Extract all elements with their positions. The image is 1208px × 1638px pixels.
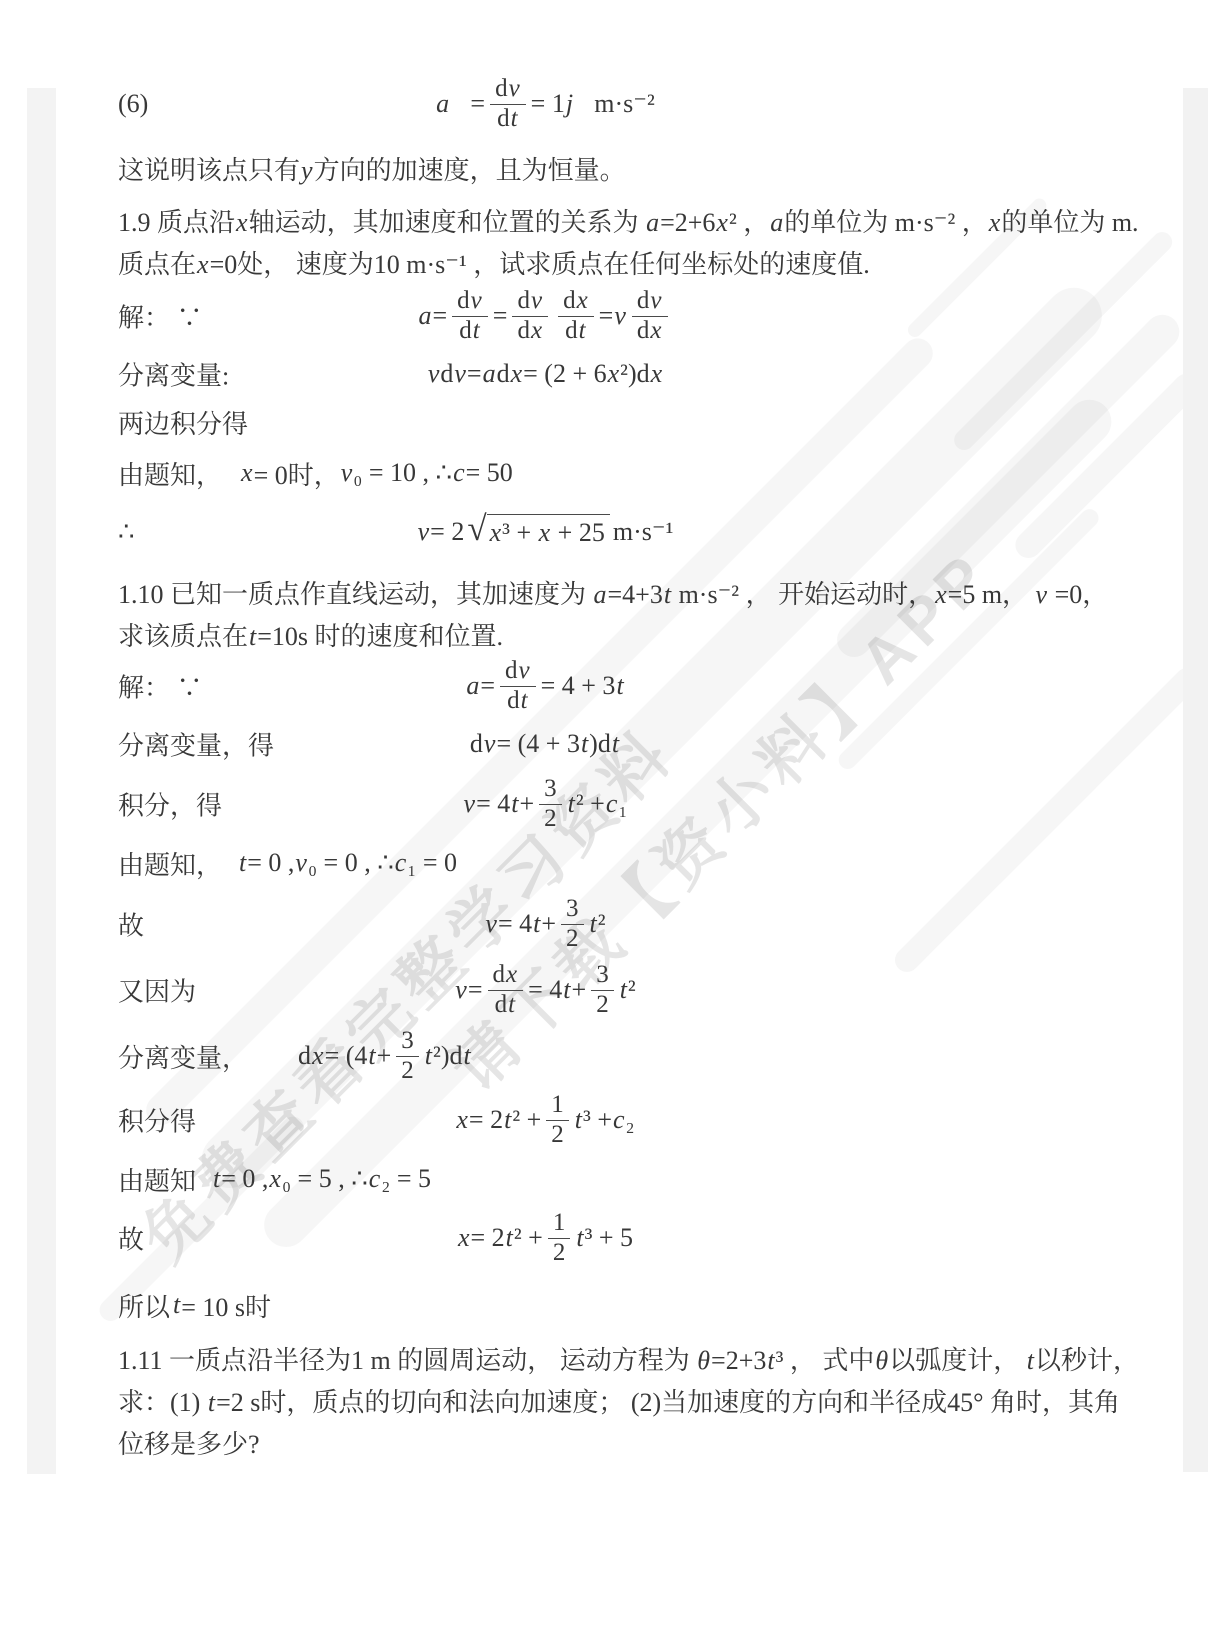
math-variable: a: [769, 208, 784, 237]
text-run: d: [440, 359, 453, 389]
page-edge-shadow-right: [1183, 88, 1208, 1472]
text-run: 轴运动，其加速度和位置的关系为: [249, 208, 646, 237]
document-content: (6)a⃗ = dvdt = 1j⃗ m·s⁻²这说明该点只有y方向的加速度，且…: [118, 72, 1153, 1464]
text-run: 分离变量，得: [118, 732, 274, 761]
text-run: 求：(1): [118, 1388, 207, 1417]
math-variable: v: [453, 359, 467, 389]
text-run: 又因为: [118, 978, 196, 1007]
denominator: dx: [517, 317, 543, 344]
text-line: 1.11 一质点沿半径为1 m 的圆周运动， 运动方程为 θ=2+3t³ ， 式…: [118, 1342, 1153, 1380]
text-run: )d: [589, 729, 611, 759]
math-variable: c: [452, 458, 466, 488]
text-run: 1: [551, 1091, 564, 1118]
text-run: 所以: [118, 1293, 170, 1322]
equation: v = 4t + 32t² + c₁: [118, 772, 972, 836]
text-run: =: [480, 671, 495, 701]
text-run: 分离变量:: [118, 362, 229, 391]
math-variable: v: [530, 287, 543, 314]
numerator: 3: [539, 776, 562, 804]
formula-row: 又因为v = dxdt = 4t + 32t²: [118, 958, 1153, 1022]
text-run: =: [433, 301, 448, 331]
text-run: d: [298, 1041, 311, 1071]
math-variable: v: [470, 287, 483, 314]
numerator: dv: [632, 288, 668, 316]
text-run: 以弧度计，: [889, 1346, 1026, 1375]
text-run: = 10 s时: [181, 1287, 271, 1324]
equation: v = dxdt = 4t + 32t²: [118, 958, 972, 1022]
equation: t = 0 , v₀ = 0 , ∴ c₁ = 0: [238, 848, 457, 878]
math-variable: t: [505, 1223, 514, 1253]
formula-row: 解： ∵a = dvdt = dvdxdxdt = vdvdx: [118, 284, 1153, 348]
row-label: 分离变量:: [118, 356, 229, 393]
text-run: =2 s时，质点的切向和法向加速度； (2)当加速度的方向和半径成45° 角时，…: [216, 1388, 1120, 1417]
text-run: 求该质点在: [118, 622, 248, 651]
fraction: dvdx: [632, 288, 668, 344]
row-label: 解： ∵: [118, 298, 203, 335]
denominator: dt: [459, 317, 480, 344]
text-run: = 2: [470, 1223, 504, 1253]
row-label: 故: [118, 906, 144, 943]
text-run: d: [517, 287, 530, 314]
text-run: = (4 + 3: [496, 729, 579, 759]
formula-row: 分离变量:vdv = adx = (2 + 6x²)dx: [118, 354, 1153, 394]
numerator: 3: [591, 962, 614, 990]
math-variable: t: [615, 671, 624, 701]
row-label: 积分，得: [118, 786, 222, 823]
equation: t = 0 , x₀ = 5 , ∴ c₂ = 5: [212, 1164, 431, 1194]
text-run: 2: [544, 805, 557, 832]
numerator: 1: [548, 1210, 571, 1238]
formula-row: 积分，得v = 4t + 32t² + c₁: [118, 772, 1153, 836]
text-run: 分离变量，: [118, 1044, 248, 1073]
fraction: dvdx: [512, 288, 548, 344]
math-variable: a: [645, 208, 660, 237]
fraction: 12: [546, 1092, 569, 1148]
equation: v = 4t + 32t²: [118, 892, 972, 956]
text-run: = 4: [498, 909, 532, 939]
math-variable: t: [578, 317, 587, 344]
fraction: dvdt: [500, 658, 536, 714]
math-variable: t: [619, 975, 628, 1005]
text-run: =4+3: [608, 580, 663, 609]
math-variable: a: [465, 671, 480, 701]
row-label: 解： ∵: [118, 668, 203, 705]
text-run: ² +: [576, 789, 605, 819]
denominator: dx: [637, 317, 663, 344]
text-run: = 4: [528, 975, 562, 1005]
denominator: dt: [495, 991, 516, 1018]
text-run: ³ ， 式中: [776, 1346, 875, 1375]
text-run: = 0时，: [254, 455, 340, 492]
text-run: 由题知，: [118, 461, 222, 490]
math-variable: θ: [874, 1346, 889, 1375]
fraction: dxdt: [488, 962, 524, 1018]
text-run: =: [467, 359, 482, 389]
text-run: ²: [598, 909, 606, 939]
row-label: 由题知，: [118, 845, 222, 882]
text-run: ²: [628, 975, 636, 1005]
equation: x = 0时， v₀ = 10 , ∴ c = 50: [240, 455, 513, 492]
text-run: ³ +: [502, 518, 537, 547]
math-variable: v: [613, 301, 627, 331]
text-run: 2: [551, 1121, 564, 1148]
text-run: 1.9 质点沿: [118, 208, 235, 237]
text-line: 求该质点在t=10s 时的速度和位置.: [118, 618, 1153, 656]
content-rows: (6)a⃗ = dvdt = 1j⃗ m·s⁻²这说明该点只有y方向的加速度，且…: [118, 72, 1153, 1464]
math-variable: x: [505, 961, 518, 988]
inline-formula-row: 由题知，t = 0 , v₀ = 0 , ∴ c₁ = 0: [118, 844, 1153, 882]
math-variable: t: [611, 729, 620, 759]
math-variable: c: [612, 1105, 626, 1135]
text-line: 质点在x=0处， 速度为10 m·s⁻¹ ，试求质点在任何坐标处的速度值.: [118, 246, 1153, 284]
numerator: dx: [488, 962, 524, 990]
text-run: = 0 ,: [221, 1164, 268, 1194]
math-variable: v: [518, 657, 531, 684]
inline-formula-row: 由题知 t = 0 , x₀ = 5 , ∴ c₂ = 5: [118, 1160, 1153, 1198]
text-run: 故: [118, 912, 144, 941]
text-run: d: [517, 317, 530, 344]
math-variable: t: [212, 1164, 221, 1194]
text-run: 2: [566, 925, 579, 952]
math-variable: t: [766, 1346, 775, 1375]
text-run: 1: [553, 1209, 566, 1236]
math-variable: v: [427, 359, 441, 389]
fraction: dvdt: [452, 288, 488, 344]
radical-sign: √: [467, 511, 486, 546]
text-run: ²)d: [433, 1041, 462, 1071]
text-run: 解： ∵: [118, 304, 203, 333]
text-run: 由题知: [118, 1167, 196, 1196]
text-run: +: [572, 975, 587, 1005]
text-run: 3: [596, 961, 609, 988]
text-run: d: [459, 317, 472, 344]
math-variable: t: [580, 729, 589, 759]
text-run: 3: [566, 895, 579, 922]
math-variable: t: [507, 991, 516, 1018]
row-label: 故: [118, 1220, 144, 1257]
math-variable: t: [1026, 1346, 1035, 1375]
numerator: dv: [452, 288, 488, 316]
denominator: 2: [401, 1057, 414, 1084]
text-run: d: [505, 657, 518, 684]
math-variable: t: [238, 848, 247, 878]
math-variable: t: [532, 909, 541, 939]
fraction: 32: [591, 962, 614, 1018]
math-variable: v: [417, 517, 431, 547]
text-run: ³ + 5: [585, 1223, 633, 1253]
equation: a⃗ = dvdt = 1j⃗ m·s⁻²: [118, 72, 972, 136]
text-run: ³ +: [583, 1105, 612, 1135]
math-variable: x: [510, 359, 524, 389]
math-variable: t: [462, 1041, 471, 1071]
math-variable: v: [454, 975, 468, 1005]
row-label: 分离变量，得: [118, 726, 274, 763]
denominator: 2: [566, 925, 579, 952]
text-line: 求：(1) t=2 s时，质点的切向和法向加速度； (2)当加速度的方向和半径成…: [118, 1384, 1153, 1422]
math-variable: x: [650, 359, 664, 389]
text-run: = 4 + 3: [541, 671, 616, 701]
numerator: 3: [396, 1028, 419, 1056]
math-variable: t: [367, 1041, 376, 1071]
math-variable: x: [538, 518, 552, 547]
math-variable: x: [988, 208, 1002, 237]
math-variable: t: [424, 1041, 433, 1071]
text-line: 1.9 质点沿x轴运动，其加速度和位置的关系为 a=2+6x² ，a的单位为 m…: [118, 204, 1153, 242]
text-run: m·s⁻²: [594, 89, 655, 119]
row-label: 又因为: [118, 972, 196, 1009]
text-run: d: [563, 287, 576, 314]
text-run: 故: [118, 1226, 144, 1255]
numerator: dv: [512, 288, 548, 316]
math-variable: x: [240, 458, 254, 488]
formula-row: 解： ∵a = dvdt = 4 + 3t: [118, 656, 1153, 716]
radicand: x³ + x + 25: [487, 514, 610, 549]
text-run: +: [377, 1041, 392, 1071]
text-run: ₁: [618, 789, 627, 819]
row-label: 由题知，: [118, 455, 222, 492]
text-run: d: [457, 287, 470, 314]
denominator: dt: [497, 105, 518, 132]
text-run: 以秒计，: [1035, 1346, 1139, 1375]
formula-row: 故x = 2t² + 12t³ + 5: [118, 1206, 1153, 1270]
text-run: 2: [596, 991, 609, 1018]
text-run: m·s⁻¹: [613, 517, 674, 547]
math-variable: t: [567, 789, 576, 819]
math-variable: v: [463, 789, 477, 819]
equation: x = 2t² + 12t³ + c₂: [118, 1088, 972, 1152]
text-run: = (4: [325, 1041, 368, 1071]
math-variable: t: [172, 1290, 181, 1320]
text-run: = 2: [430, 517, 464, 547]
math-variable: θ: [696, 1346, 711, 1375]
text-run: 方向的加速度，且为恒量。: [314, 156, 626, 185]
row-label: 积分得: [118, 1102, 196, 1139]
text-run: + 25: [551, 518, 605, 547]
math-variable: x: [576, 287, 589, 314]
text-run: = 50: [466, 458, 513, 488]
math-variable: t: [589, 909, 598, 939]
text-line: 这说明该点只有y方向的加速度，且为恒量。: [118, 152, 1153, 190]
text-run: =0处， 速度为10 m·s⁻¹ ，试求质点在任何坐标处的速度值.: [210, 250, 870, 279]
inline-formula-row: 所以t = 10 s时: [118, 1286, 1153, 1324]
text-run: =0，: [1048, 580, 1108, 609]
math-variable: v: [294, 848, 308, 878]
text-run: =10s 时的速度和位置.: [257, 622, 503, 651]
math-variable: t: [575, 1223, 584, 1253]
math-variable: v: [508, 75, 521, 102]
text-run: =: [470, 89, 485, 119]
math-variable: t: [472, 317, 481, 344]
math-variable: a: [482, 359, 497, 389]
math-variable: x: [235, 208, 249, 237]
math-variable: x: [196, 250, 210, 279]
equation: a = dvdt = 4 + 3t: [118, 656, 972, 716]
math-variable: x: [649, 317, 662, 344]
row-label: 分离变量，: [118, 1038, 248, 1075]
text-run: 位移是多少?: [118, 1430, 260, 1459]
math-variable: c: [394, 848, 408, 878]
math-variable: v: [483, 729, 497, 759]
text-run: ₁ = 0: [407, 848, 457, 878]
text-run: 质点在: [118, 250, 196, 279]
text-line: 位移是多少?: [118, 1426, 1153, 1464]
math-variable: x: [455, 1105, 469, 1135]
math-variable: v: [340, 458, 354, 488]
math-variable: x: [530, 317, 543, 344]
fraction: dxdt: [558, 288, 594, 344]
text-run: +: [541, 909, 556, 939]
fraction: dvdt: [490, 76, 526, 132]
text-run: ₂: [626, 1105, 635, 1135]
row-label: 由题知: [118, 1161, 196, 1198]
text-run: =: [599, 301, 614, 331]
text-run: 的单位为 m.: [1001, 208, 1138, 237]
math-variable: a: [593, 580, 608, 609]
denominator: dt: [507, 687, 528, 714]
text-run: =2+6: [660, 208, 715, 237]
text-run: =: [493, 301, 508, 331]
text-run: = (2 + 6: [523, 359, 606, 389]
text-run: ² +: [512, 1105, 541, 1135]
text-run: 1.11 一质点沿半径为1 m 的圆周运动， 运动方程为: [118, 1346, 696, 1375]
text-run: 积分，得: [118, 792, 222, 821]
numerator: dx: [558, 288, 594, 316]
text-run: 2: [553, 1239, 566, 1266]
text-run: d: [495, 75, 508, 102]
text-run: 这说明该点只有: [118, 156, 300, 185]
math-variable: t: [562, 975, 571, 1005]
text-run: 1.10 已知一质点作直线运动，其加速度为: [118, 580, 593, 609]
formula-row: ∴v = 2√x³ + x + 25 m·s⁻¹: [118, 506, 1153, 558]
text-run: +: [519, 789, 534, 819]
math-variable: x: [457, 1223, 471, 1253]
text-run: d: [470, 729, 483, 759]
math-variable: t: [663, 580, 672, 609]
row-label: 所以: [118, 1287, 170, 1324]
text-run: 由题知，: [118, 851, 222, 880]
inline-formula-row: 分离变量，dx = (4t + 32t²)dt: [118, 1024, 1153, 1088]
scanned-document-page: { "watermark": { "line1": "免费查看完整学习资料", …: [0, 0, 1208, 1638]
page-edge-shadow-left: [27, 88, 56, 1474]
math-variable: t: [248, 622, 257, 651]
text-run: d: [497, 105, 510, 132]
text-run: 两边积分得: [118, 410, 248, 439]
math-variable: x: [607, 359, 621, 389]
equation: dx = (4t + 32t²)dt: [298, 1028, 472, 1084]
text-run: = 2: [469, 1105, 503, 1135]
text-run: = 4: [476, 789, 510, 819]
math-variable: j⃗: [565, 89, 594, 119]
text-run: 积分得: [118, 1108, 196, 1137]
text-run: = 0 ,: [247, 848, 294, 878]
math-variable: v: [1035, 580, 1049, 609]
text-run: d: [493, 961, 506, 988]
text-run: d: [637, 287, 650, 314]
text-run: = 1: [531, 89, 565, 119]
text-run: =: [468, 975, 483, 1005]
text-run: ∴: [118, 517, 135, 546]
math-variable: t: [510, 105, 519, 132]
text-run: 的单位为 m·s⁻² ，: [784, 208, 988, 237]
formula-row: 分离变量，得dv = (4 + 3t)dt: [118, 724, 1153, 764]
math-variable: x: [934, 580, 948, 609]
text-line: 1.10 已知一质点作直线运动，其加速度为 a=4+3t m·s⁻² ， 开始运…: [118, 576, 1153, 614]
denominator: dt: [565, 317, 586, 344]
text-run: d: [495, 991, 508, 1018]
text-run: 解： ∵: [118, 674, 203, 703]
text-run: =5 m，: [948, 580, 1035, 609]
math-variable: v: [649, 287, 662, 314]
text-run: d: [497, 359, 510, 389]
text-run: 3: [544, 775, 557, 802]
text-run: m·s⁻² ， 开始运动时，: [672, 580, 934, 609]
numerator: dv: [490, 76, 526, 104]
math-variable: x: [268, 1164, 282, 1194]
math-variable: t: [510, 789, 519, 819]
text-run: (6): [118, 89, 148, 118]
numerator: 1: [546, 1092, 569, 1120]
math-variable: t: [503, 1105, 512, 1135]
equation: vdv = adx = (2 + 6x²)dx: [118, 354, 972, 394]
text-run: d: [637, 317, 650, 344]
equation: t = 10 s时: [172, 1287, 271, 1324]
math-variable: c: [368, 1164, 382, 1194]
text-run: d: [507, 687, 520, 714]
row-label: (6): [118, 89, 148, 119]
formula-row: (6)a⃗ = dvdt = 1j⃗ m·s⁻²: [118, 72, 1153, 136]
denominator: 2: [553, 1239, 566, 1266]
text-run: d: [565, 317, 578, 344]
math-variable: t: [520, 687, 529, 714]
math-variable: x: [715, 208, 729, 237]
denominator: 2: [544, 805, 557, 832]
text-run: ² ，: [729, 208, 769, 237]
numerator: dv: [500, 658, 536, 686]
row-label: ∴: [118, 517, 135, 547]
denominator: 2: [596, 991, 609, 1018]
equation: a = dvdt = dvdxdxdt = vdvdx: [118, 284, 972, 348]
equation: x = 2t² + 12t³ + 5: [118, 1206, 972, 1270]
math-variable: a⃗: [435, 89, 470, 119]
text-line: 两边积分得: [118, 406, 1153, 444]
text-run: ²)d: [620, 359, 649, 389]
equation: v = 2√x³ + x + 25 m·s⁻¹: [118, 506, 972, 558]
math-variable: x: [489, 518, 503, 547]
text-run: 3: [401, 1027, 414, 1054]
text-run: ₀ = 0 , ∴: [308, 848, 394, 878]
text-run: ₂ = 5: [381, 1164, 431, 1194]
text-run: ₀ = 5 , ∴: [282, 1164, 368, 1194]
numerator: 3: [561, 896, 584, 924]
square-root: √x³ + x + 25: [467, 514, 610, 549]
denominator: 2: [551, 1121, 564, 1148]
math-variable: t: [574, 1105, 583, 1135]
fraction: 32: [561, 896, 584, 952]
fraction: 12: [548, 1210, 571, 1266]
math-variable: y: [300, 156, 314, 185]
inline-formula-row: 由题知，x = 0时， v₀ = 10 , ∴ c = 50: [118, 454, 1153, 492]
formula-row: 故v = 4t + 32t²: [118, 892, 1153, 956]
formula-row: 积分得x = 2t² + 12t³ + c₂: [118, 1088, 1153, 1152]
fraction: 32: [539, 776, 562, 832]
math-variable: c: [605, 789, 619, 819]
math-variable: v: [484, 909, 498, 939]
text-run: ₀ = 10 , ∴: [353, 458, 452, 488]
text-run: ² +: [514, 1223, 543, 1253]
text-run: 2: [401, 1057, 414, 1084]
math-variable: x: [311, 1041, 325, 1071]
math-variable: t: [207, 1388, 216, 1417]
